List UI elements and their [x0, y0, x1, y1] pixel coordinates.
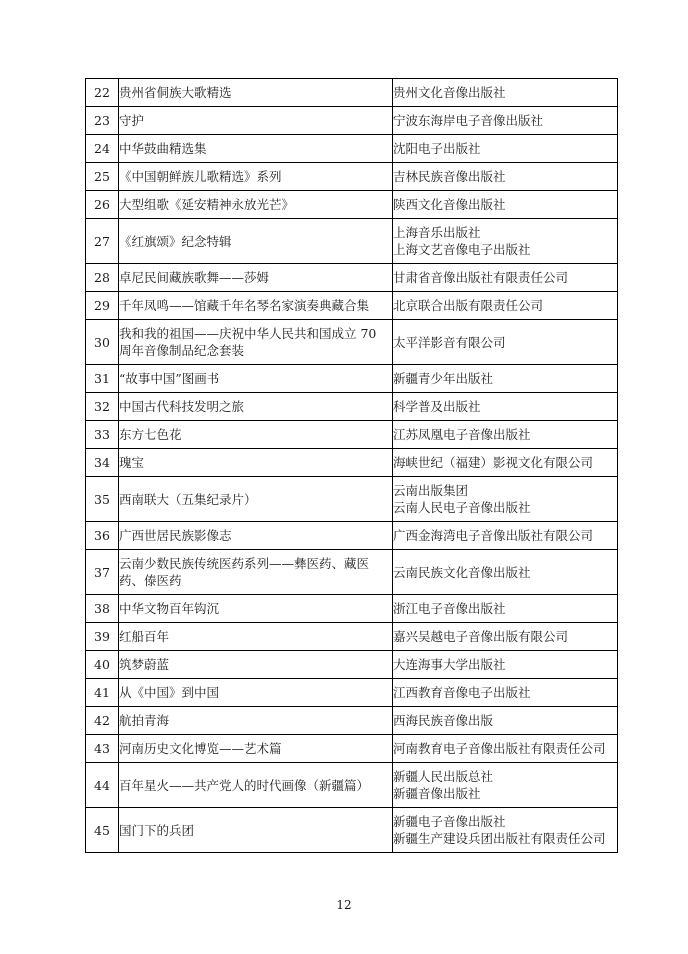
- table-row: 27 《红旗颂》纪念特辑 上海音乐出版社上海文艺音像电子出版社: [86, 219, 618, 264]
- table-row: 34 瑰宝 海峡世纪（福建）影视文化有限公司: [86, 449, 618, 477]
- row-number-cell: 24: [86, 135, 119, 163]
- row-number-cell: 36: [86, 522, 119, 550]
- publisher-line: 上海文艺音像电子出版社: [393, 241, 617, 258]
- row-number-cell: 38: [86, 595, 119, 623]
- table-row: 44 百年星火——共产党人的时代画像（新疆篇） 新疆人民出版总社新疆音像出版社: [86, 763, 618, 808]
- publisher-line: 新疆生产建设兵团出版社有限责任公司: [393, 830, 617, 847]
- publisher-cell: 宁波东海岸电子音像出版社: [393, 107, 618, 135]
- title-cell: 中国古代科技发明之旅: [119, 393, 393, 421]
- publications-table: 22 贵州省侗族大歌精选 贵州文化音像出版社 23 守护 宁波东海岸电子音像出版…: [85, 78, 618, 853]
- publisher-cell: 新疆人民出版总社新疆音像出版社: [393, 763, 618, 808]
- publisher-cell: 太平洋影音有限公司: [393, 320, 618, 365]
- table-row: 26 大型组歌《延安精神永放光芒》 陕西文化音像出版社: [86, 191, 618, 219]
- title-cell: 守护: [119, 107, 393, 135]
- row-number-cell: 22: [86, 79, 119, 107]
- publisher-cell: 西海民族音像出版: [393, 707, 618, 735]
- publisher-line: 沈阳电子出版社: [393, 140, 617, 157]
- publisher-line: 云南人民电子音像出版社: [393, 499, 617, 516]
- table-row: 29 千年凤鸣——馆藏千年名琴名家演奏典藏合集 北京联合出版有限责任公司: [86, 292, 618, 320]
- table-row: 28 卓尼民间藏族歌舞——莎姆 甘肃省音像出版社有限责任公司: [86, 264, 618, 292]
- publisher-line: 宁波东海岸电子音像出版社: [393, 112, 617, 129]
- publisher-cell: 河南教育电子音像出版社有限责任公司: [393, 735, 618, 763]
- publisher-cell: 陕西文化音像出版社: [393, 191, 618, 219]
- title-cell: 西南联大（五集纪录片）: [119, 477, 393, 522]
- publisher-cell: 大连海事大学出版社: [393, 651, 618, 679]
- table-row: 38 中华文物百年钩沉 浙江电子音像出版社: [86, 595, 618, 623]
- table-row: 40 筑梦蔚蓝 大连海事大学出版社: [86, 651, 618, 679]
- title-cell: 《中国朝鲜族儿歌精选》系列: [119, 163, 393, 191]
- row-number-cell: 40: [86, 651, 119, 679]
- publisher-line: 河南教育电子音像出版社有限责任公司: [393, 740, 617, 757]
- publisher-line: 海峡世纪（福建）影视文化有限公司: [393, 454, 617, 471]
- table-row: 31 “故事中国”图画书 新疆青少年出版社: [86, 365, 618, 393]
- publisher-cell: 沈阳电子出版社: [393, 135, 618, 163]
- table-row: 37 云南少数民族传统医药系列——彝医药、藏医药、傣医药 云南民族文化音像出版社: [86, 550, 618, 595]
- table-row: 42 航拍青海 西海民族音像出版: [86, 707, 618, 735]
- publisher-cell: 广西金海湾电子音像出版社有限公司: [393, 522, 618, 550]
- row-number-cell: 34: [86, 449, 119, 477]
- table-row: 25 《中国朝鲜族儿歌精选》系列 吉林民族音像出版社: [86, 163, 618, 191]
- publisher-line: 新疆电子音像出版社: [393, 813, 617, 830]
- publisher-cell: 贵州文化音像出版社: [393, 79, 618, 107]
- table-row: 43 河南历史文化博览——艺术篇 河南教育电子音像出版社有限责任公司: [86, 735, 618, 763]
- publisher-cell: 北京联合出版有限责任公司: [393, 292, 618, 320]
- publisher-line: 科学普及出版社: [393, 398, 617, 415]
- table-row: 33 东方七色花 江苏凤凰电子音像出版社: [86, 421, 618, 449]
- row-number-cell: 25: [86, 163, 119, 191]
- publisher-line: 江西教育音像电子出版社: [393, 684, 617, 701]
- title-cell: 航拍青海: [119, 707, 393, 735]
- title-cell: 卓尼民间藏族歌舞——莎姆: [119, 264, 393, 292]
- page-number: 12: [0, 898, 688, 912]
- title-cell: 红船百年: [119, 623, 393, 651]
- row-number-cell: 32: [86, 393, 119, 421]
- publisher-cell: 上海音乐出版社上海文艺音像电子出版社: [393, 219, 618, 264]
- publisher-line: 吉林民族音像出版社: [393, 168, 617, 185]
- publisher-line: 广西金海湾电子音像出版社有限公司: [393, 527, 617, 544]
- row-number-cell: 43: [86, 735, 119, 763]
- table-row: 23 守护 宁波东海岸电子音像出版社: [86, 107, 618, 135]
- publisher-line: 云南民族文化音像出版社: [393, 564, 617, 581]
- row-number-cell: 29: [86, 292, 119, 320]
- title-cell: 云南少数民族传统医药系列——彝医药、藏医药、傣医药: [119, 550, 393, 595]
- publisher-cell: 嘉兴吴越电子音像出版有限公司: [393, 623, 618, 651]
- publisher-line: 陕西文化音像出版社: [393, 196, 617, 213]
- row-number-cell: 27: [86, 219, 119, 264]
- publisher-cell: 浙江电子音像出版社: [393, 595, 618, 623]
- publisher-line: 江苏凤凰电子音像出版社: [393, 426, 617, 443]
- publications-table-body: 22 贵州省侗族大歌精选 贵州文化音像出版社 23 守护 宁波东海岸电子音像出版…: [86, 79, 618, 853]
- row-number-cell: 39: [86, 623, 119, 651]
- row-number-cell: 42: [86, 707, 119, 735]
- publisher-cell: 科学普及出版社: [393, 393, 618, 421]
- publisher-line: 大连海事大学出版社: [393, 656, 617, 673]
- title-cell: 《红旗颂》纪念特辑: [119, 219, 393, 264]
- table-row: 45 国门下的兵团 新疆电子音像出版社新疆生产建设兵团出版社有限责任公司: [86, 808, 618, 853]
- table-row: 22 贵州省侗族大歌精选 贵州文化音像出版社: [86, 79, 618, 107]
- title-cell: 筑梦蔚蓝: [119, 651, 393, 679]
- publisher-line: 贵州文化音像出版社: [393, 84, 617, 101]
- row-number-cell: 35: [86, 477, 119, 522]
- publisher-line: 北京联合出版有限责任公司: [393, 297, 617, 314]
- title-cell: 贵州省侗族大歌精选: [119, 79, 393, 107]
- table-row: 36 广西世居民族影像志 广西金海湾电子音像出版社有限公司: [86, 522, 618, 550]
- row-number-cell: 41: [86, 679, 119, 707]
- table-row: 39 红船百年 嘉兴吴越电子音像出版有限公司: [86, 623, 618, 651]
- table-row: 35 西南联大（五集纪录片） 云南出版集团云南人民电子音像出版社: [86, 477, 618, 522]
- title-cell: 中华鼓曲精选集: [119, 135, 393, 163]
- title-cell: 千年凤鸣——馆藏千年名琴名家演奏典藏合集: [119, 292, 393, 320]
- publisher-cell: 吉林民族音像出版社: [393, 163, 618, 191]
- row-number-cell: 45: [86, 808, 119, 853]
- publisher-line: 西海民族音像出版: [393, 712, 617, 729]
- publisher-cell: 江苏凤凰电子音像出版社: [393, 421, 618, 449]
- publisher-cell: 江西教育音像电子出版社: [393, 679, 618, 707]
- row-number-cell: 44: [86, 763, 119, 808]
- table-row: 41 从《中国》到中国 江西教育音像电子出版社: [86, 679, 618, 707]
- title-cell: 河南历史文化博览——艺术篇: [119, 735, 393, 763]
- row-number-cell: 28: [86, 264, 119, 292]
- publisher-line: 新疆音像出版社: [393, 785, 617, 802]
- row-number-cell: 26: [86, 191, 119, 219]
- publisher-line: 浙江电子音像出版社: [393, 600, 617, 617]
- title-cell: 广西世居民族影像志: [119, 522, 393, 550]
- row-number-cell: 37: [86, 550, 119, 595]
- publisher-line: 新疆人民出版总社: [393, 768, 617, 785]
- title-cell: 国门下的兵团: [119, 808, 393, 853]
- title-cell: 我和我的祖国——庆祝中华人民共和国成立 70 周年音像制品纪念套装: [119, 320, 393, 365]
- publisher-line: 新疆青少年出版社: [393, 370, 617, 387]
- publisher-line: 太平洋影音有限公司: [393, 334, 617, 351]
- title-cell: 大型组歌《延安精神永放光芒》: [119, 191, 393, 219]
- row-number-cell: 31: [86, 365, 119, 393]
- title-cell: 从《中国》到中国: [119, 679, 393, 707]
- publisher-cell: 云南出版集团云南人民电子音像出版社: [393, 477, 618, 522]
- table-row: 30 我和我的祖国——庆祝中华人民共和国成立 70 周年音像制品纪念套装 太平洋…: [86, 320, 618, 365]
- row-number-cell: 33: [86, 421, 119, 449]
- title-cell: “故事中国”图画书: [119, 365, 393, 393]
- title-cell: 东方七色花: [119, 421, 393, 449]
- document-page: 22 贵州省侗族大歌精选 贵州文化音像出版社 23 守护 宁波东海岸电子音像出版…: [0, 0, 688, 954]
- publisher-cell: 甘肃省音像出版社有限责任公司: [393, 264, 618, 292]
- title-cell: 中华文物百年钩沉: [119, 595, 393, 623]
- publisher-cell: 新疆青少年出版社: [393, 365, 618, 393]
- row-number-cell: 30: [86, 320, 119, 365]
- publisher-line: 甘肃省音像出版社有限责任公司: [393, 269, 617, 286]
- publisher-line: 嘉兴吴越电子音像出版有限公司: [393, 628, 617, 645]
- table-row: 24 中华鼓曲精选集 沈阳电子出版社: [86, 135, 618, 163]
- table-row: 32 中国古代科技发明之旅 科学普及出版社: [86, 393, 618, 421]
- publisher-cell: 海峡世纪（福建）影视文化有限公司: [393, 449, 618, 477]
- title-cell: 百年星火——共产党人的时代画像（新疆篇）: [119, 763, 393, 808]
- publisher-cell: 云南民族文化音像出版社: [393, 550, 618, 595]
- row-number-cell: 23: [86, 107, 119, 135]
- publisher-cell: 新疆电子音像出版社新疆生产建设兵团出版社有限责任公司: [393, 808, 618, 853]
- publisher-line: 上海音乐出版社: [393, 224, 617, 241]
- publisher-line: 云南出版集团: [393, 482, 617, 499]
- title-cell: 瑰宝: [119, 449, 393, 477]
